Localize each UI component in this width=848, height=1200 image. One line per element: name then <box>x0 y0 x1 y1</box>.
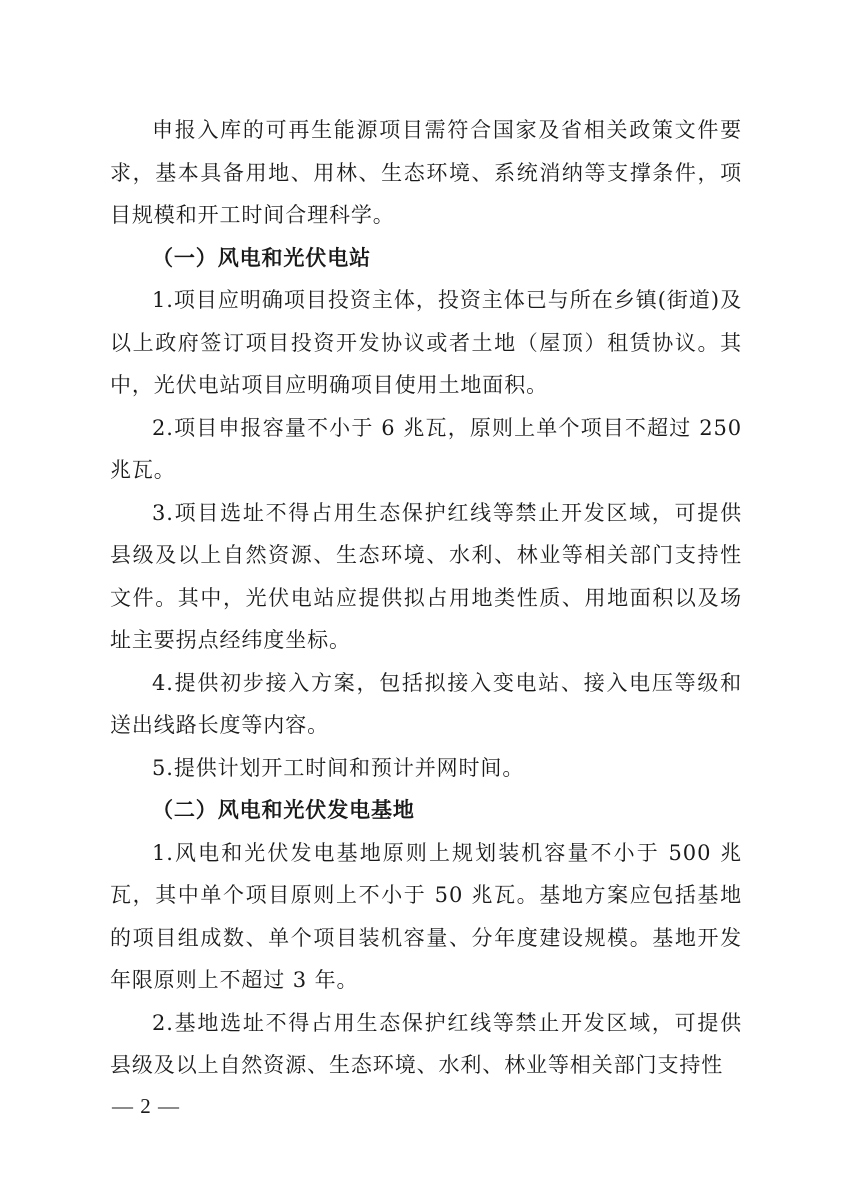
section1-item-3: 3.项目选址不得占用生态保护红线等禁止开发区域，可提供县级及以上自然资源、生态环… <box>110 492 742 662</box>
section1-item-2: 2.项目申报容量不小于 6 兆瓦，原则上单个项目不超过 250 兆瓦。 <box>110 407 742 492</box>
section-heading-wind-solar-stations: （一）风电和光伏电站 <box>110 237 742 280</box>
section-heading-wind-solar-bases: （二）风电和光伏发电基地 <box>110 789 742 832</box>
section1-item-4: 4.提供初步接入方案，包括拟接入变电站、接入电压等级和送出线路长度等内容。 <box>110 662 742 747</box>
document-page: 申报入库的可再生能源项目需符合国家及省相关政策文件要求，基本具备用地、用林、生态… <box>110 109 742 1087</box>
section2-item-2: 2.基地选址不得占用生态保护红线等禁止开发区域，可提供县级及以上自然资源、生态环… <box>110 1002 742 1087</box>
section1-item-5: 5.提供计划开工时间和预计并网时间。 <box>110 747 742 790</box>
intro-paragraph: 申报入库的可再生能源项目需符合国家及省相关政策文件要求，基本具备用地、用林、生态… <box>110 109 742 237</box>
section2-item-1: 1.风电和光伏发电基地原则上规划装机容量不小于 500 兆瓦，其中单个项目原则上… <box>110 832 742 1002</box>
page-number: — 2 — <box>112 1094 180 1119</box>
section1-item-1: 1.项目应明确项目投资主体，投资主体已与所在乡镇(街道)及以上政府签订项目投资开… <box>110 279 742 407</box>
